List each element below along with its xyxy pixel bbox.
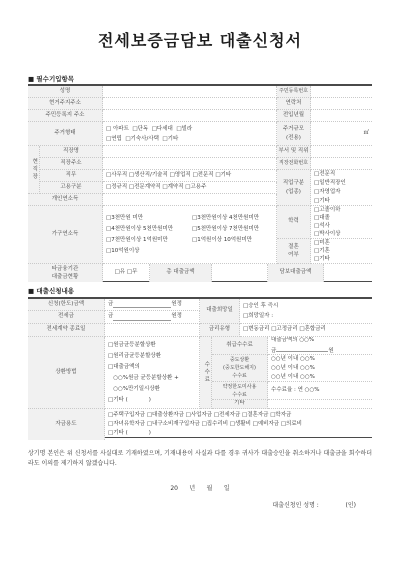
section1-header: ■ 필수기입항목 <box>28 74 74 83</box>
rate-type-label: 금리유형 <box>200 324 240 337</box>
fee-vertical-label: 수수료 <box>200 337 212 409</box>
job-label: 직무 <box>40 170 103 182</box>
household-income-col1: □3천만원 미만 □4천만원이상 5천만원미만 □7천만원이상 1억원미만 □1… <box>106 213 192 257</box>
unused-limit-fee-label: 약정한도미사용 수수료 <box>212 382 268 400</box>
jeonse-blank-line <box>113 314 171 321</box>
marital-status-label: 결혼 여부 <box>277 239 311 264</box>
workplace-address-label: 직장주소 <box>40 158 103 170</box>
contract-end-label: 전세계약 종료일 <box>28 324 105 337</box>
desired-loan-date-options: □승인 후 즉시 □희망일자 : <box>240 299 372 324</box>
repayment-method-options: □원금균등분할상환 □원리금균등분할상환 □대출금액의 ○○%원금 균등분할상환… <box>105 337 200 409</box>
housing-size-value: ㎡ <box>311 122 372 146</box>
other-fee-value <box>268 400 372 409</box>
contact-label: 연락처 <box>277 98 311 110</box>
rrn-value <box>311 86 372 98</box>
unused-limit-fee-value: 수수료율 : 연 ○○% <box>268 382 372 400</box>
loan-details-table: 신청(한도)금액 금원정 대출희망일 □승인 후 즉시 □희망일자 : 전세금 … <box>28 297 372 438</box>
workplace-address-value <box>103 158 277 170</box>
dept-position-value <box>311 146 372 158</box>
job-options: □사무직 □생산직/기술직 □영업직 □전문직 □기타 <box>103 170 277 182</box>
date-line: 20 년 월 일 <box>0 483 400 492</box>
registered-address-value <box>103 110 277 122</box>
secured-loan-value <box>324 264 372 282</box>
education-options: □고졸이하 □대졸 □석사 □박사이상 <box>311 206 372 239</box>
current-address-label: 현거주지주소 <box>28 98 103 110</box>
jeonse-deposit-value: 금원정 <box>105 311 200 324</box>
name-value <box>103 86 277 98</box>
secured-loan-label: 담보대출금액 <box>268 264 324 282</box>
household-income-col2: □3천만원이상 4천만원미만 □5천만원이상 7천만원미만 □1억원이상 10억… <box>192 213 259 246</box>
housing-options-line1: □ 아파트 □단독 □다세대 □빌라 <box>106 124 192 134</box>
contact-value <box>311 98 372 110</box>
declaration-text: 상기명 본인은 위 신청서를 사실대로 기재하였으며, 기재내용이 사실과 다를… <box>28 449 372 469</box>
amount-blank-line <box>113 301 171 308</box>
movein-date-value <box>311 110 372 122</box>
fund-usage-options: □주택구입자금 □대출상환자금 □사업자금 □전세자금 □결혼자금 □학자금 □… <box>105 409 372 440</box>
dept-position-label: 부서 및 직위 <box>277 146 311 158</box>
handling-fee-blank-line <box>276 345 328 352</box>
employment-type-label: 고용구분 <box>40 182 103 194</box>
applicant-signature-line: 대출신청인 성명 : (인) <box>0 500 356 509</box>
name-label: 성명 <box>28 86 103 98</box>
housing-size-label: 주거규모 (전용) <box>277 122 311 146</box>
other-fee-label: 기타 <box>212 400 268 409</box>
other-loans-label: 타금융기관 대출금현황 <box>28 264 103 282</box>
personal-income-value <box>103 194 277 206</box>
rate-type-options: □변동금리 □고정금리 □혼합금리 <box>240 324 372 337</box>
workplace-phone-value <box>311 158 372 170</box>
job-category-options: □전문직 □일반직장인 □자영업자 □기타 <box>311 170 372 206</box>
household-income-options: □3천만원 미만 □4천만원이상 5천만원미만 □7천만원이상 1억원미만 □1… <box>103 206 277 264</box>
housing-options-line2: □연립 □기숙사/사택 □기타 <box>106 134 178 144</box>
total-loan-value <box>212 264 268 282</box>
rrn-label: 주민등록번호 <box>277 86 311 98</box>
required-fields-table: 성명 주민등록번호 현거주지주소 연락처 주민등록지 주소 전입년월 주거형태 … <box>28 84 372 282</box>
other-loans-yes-no: □유 □무 <box>103 264 150 282</box>
loan-application-document: 전세보증금담보 대출신청서 ■ 필수기입항목 성명 주민등록번호 현거주지주소 … <box>0 0 400 565</box>
employment-type-options: □정규직 □전문계약직 □계약직 □고용주 <box>103 182 277 194</box>
repayment-method-label: 상환방법 <box>28 337 105 409</box>
job-category-label: 직업구분 (업종) <box>277 170 311 206</box>
housing-type-label: 주거형태 <box>28 122 103 146</box>
workplace-phone-label: 직장전화번호 <box>277 158 311 170</box>
education-label: 학력 <box>277 206 311 239</box>
marital-status-options: □미혼 □기혼 □기타 <box>311 239 372 264</box>
movein-date-label: 전입년월 <box>277 110 311 122</box>
fund-usage-label: 자금용도 <box>28 409 105 440</box>
registered-address-label: 주민등록지 주소 <box>28 110 103 122</box>
early-repayment-fee-value: ○○년 이내 ○○% ○○년 이내 ○○% ○○년 이내 ○○% <box>268 355 372 382</box>
early-repayment-fee-label: 중도상환 (중도한도해지) 수수료 <box>212 355 268 382</box>
workplace-name-value <box>103 146 277 158</box>
section2-header: ■ 대출신청내용 <box>28 286 74 295</box>
handling-fee-label: 취급수수료 <box>212 337 268 355</box>
personal-income-label: 개인연소득 <box>28 194 103 206</box>
contract-end-value <box>105 324 200 337</box>
handling-fee-value: 대출금액의 ○○% 금원 <box>268 337 372 355</box>
workplace-name-label: 직장명 <box>40 146 103 158</box>
desired-loan-date-label: 대출희망일 <box>200 299 240 324</box>
current-workplace-vertical-label: 현직장 <box>28 146 40 194</box>
application-amount-label: 신청(한도)금액 <box>28 299 105 311</box>
jeonse-deposit-label: 전세금 <box>28 311 105 324</box>
household-income-label: 가구연소득 <box>28 206 103 264</box>
application-amount-value: 금원정 <box>105 299 200 311</box>
total-loan-label: 총 대출금액 <box>150 264 212 282</box>
current-address-value <box>103 98 277 110</box>
page-title: 전세보증금담보 대출신청서 <box>0 28 400 51</box>
housing-type-options: □ 아파트 □단독 □다세대 □빌라 □연립 □기숙사/사택 □기타 <box>103 122 277 146</box>
